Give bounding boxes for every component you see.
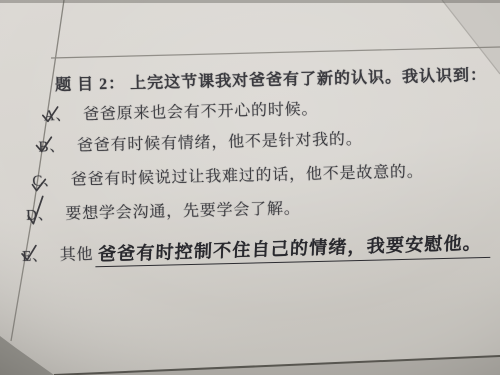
- option-text: 爸爸有时候说过让我难过的话，他不是故意的。: [71, 163, 424, 188]
- answer-underline: 爸爸有时控制不住自己的情绪，我要安慰他。: [95, 230, 491, 267]
- checkmark-icon: [35, 136, 52, 152]
- option-text: 爸爸有时候有情绪，他不是针对我的。: [77, 131, 363, 155]
- option-text: 爸爸原来也会有不开心的时候。: [83, 101, 319, 124]
- option-row-e: E、 其他爸爸有时控制不住自己的情绪，我要安慰他。: [22, 230, 491, 269]
- checkmark-icon: [21, 244, 37, 261]
- option-letter-b: B、: [38, 135, 65, 157]
- worksheet-photo: 题 目 2： 上完这节课我对爸爸有了新的认识。我认识到： A、 爸爸原来也会有不…: [0, 0, 500, 375]
- option-letter-c: C、: [32, 169, 59, 191]
- option-row-b: B、 爸爸有时候有情绪，他不是针对我的。: [38, 126, 362, 157]
- question-title: 题 目 2： 上完这节课我对爸爸有了新的认识。我认识到：: [55, 62, 487, 95]
- option-row-d: D、 要想学会沟通，先要学会了解。: [26, 195, 301, 224]
- checkmark-icon: [42, 106, 59, 122]
- handwritten-answer: 爸爸有时控制不住自己的情绪，我要安慰他。: [98, 229, 483, 267]
- option-letter-d: D、: [26, 203, 54, 225]
- checkmark-icon: [31, 178, 46, 191]
- option-letter-a: A、: [44, 104, 72, 126]
- option-text: 其他: [60, 246, 94, 264]
- checkmark-icon: [26, 194, 45, 224]
- worksheet-content: 题 目 2： 上完这节课我对爸爸有了新的认识。我认识到： A、 爸爸原来也会有不…: [0, 0, 500, 375]
- option-letter-e: E、: [22, 244, 48, 266]
- option-row-c: C、 爸爸有时候说过让我难过的话，他不是故意的。: [32, 158, 424, 190]
- option-text: 要想学会沟通，先要学会了解。: [65, 200, 301, 223]
- option-row-a: A、 爸爸原来也会有不开心的时候。: [44, 96, 319, 125]
